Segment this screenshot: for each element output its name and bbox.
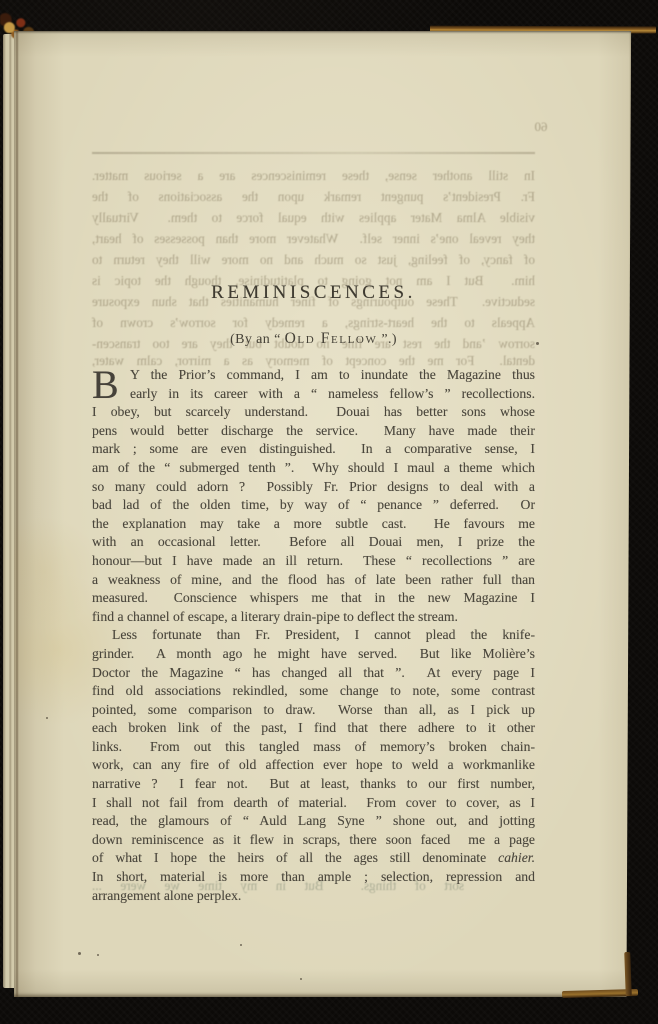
body-line: grinder. A month ago he might have serve…: [92, 645, 535, 664]
byline-prefix: (By an “: [230, 332, 285, 347]
printed-content: REMINISCENCES. (By an “ Old Fellow ”.) B…: [14, 31, 632, 997]
body-line: find old associations rekindled, some ch…: [92, 682, 535, 701]
body-line: Y the Prior’s command, I am to inundate …: [92, 366, 535, 385]
paragraph-2: Less fortunate than Fr. President, I can…: [92, 626, 535, 905]
body-line: so many could adorn ? Possibly Fr. Prior…: [92, 478, 535, 497]
body-line: the explanation may take a more subtle c…: [92, 515, 535, 534]
body-line: links. From out this tangled mass of mem…: [92, 738, 535, 757]
drop-cap: B: [92, 368, 128, 402]
article-byline: (By an “ Old Fellow ”.): [92, 330, 535, 348]
body-line: am of the “ submerged tenth ”. Why shoul…: [92, 459, 535, 478]
body-line: work, can any fire of old affection ever…: [92, 756, 535, 775]
byline-suffix: ”.): [377, 332, 396, 347]
body-line: down reminiscence as it flew in scraps, …: [92, 831, 535, 850]
body-line-text: of what I hope the heirs of all the ages…: [92, 850, 498, 865]
body-line: pointed, some comparison to draw. Worse …: [92, 701, 535, 720]
scanned-book-page: 60 In still another sense, these reminis…: [14, 31, 632, 997]
ink-speck: [300, 978, 302, 980]
body-line: early in its career with a “ nameless fe…: [92, 385, 535, 404]
body-line: In short, material is more than ample ; …: [92, 868, 535, 887]
article-body: B Y the Prior’s command, I am to inundat…: [92, 366, 535, 905]
body-line: mark ; some are even distinguished. In a…: [92, 440, 535, 459]
body-line: read, the glamours of “ Auld Lang Syne ”…: [92, 812, 535, 831]
body-line: each broken link of the past, I find tha…: [92, 719, 535, 738]
body-line: measured. Conscience whispers me that in…: [92, 589, 535, 608]
ink-speck: [97, 954, 99, 956]
body-line: arrangement alone perplex.: [92, 887, 535, 906]
italic-word: cahier.: [498, 850, 535, 865]
ink-speck: [240, 944, 242, 946]
body-line: bad lad of the olden time, by way of “ p…: [92, 496, 535, 515]
body-line: a weakness of mine, and the flood has of…: [92, 571, 535, 590]
byline-author: Old Fellow: [285, 330, 378, 347]
paragraph-1: B Y the Prior’s command, I am to inundat…: [92, 366, 535, 626]
ink-speck: [46, 717, 48, 719]
body-line: narrative ? I fear not. But at least, th…: [92, 775, 535, 794]
ink-speck: [536, 342, 539, 345]
body-line: I shall not fail from dearth of material…: [92, 794, 535, 813]
ink-speck: [78, 952, 81, 955]
body-line: I obey, but scarcely understand. Douai h…: [92, 403, 535, 422]
body-line: find a channel of escape, a literary dra…: [92, 608, 535, 627]
body-line: of what I hope the heirs of all the ages…: [92, 849, 535, 868]
body-line: Less fortunate than Fr. President, I can…: [92, 626, 535, 645]
body-line: with an occasional letter. Before all Do…: [92, 533, 535, 552]
article-title: REMINISCENCES.: [92, 282, 535, 304]
book-page-edges: [3, 34, 15, 988]
body-line: honour—but I have made an ill return. Th…: [92, 552, 535, 571]
body-line: Doctor the Magazine “ has changed all th…: [92, 664, 535, 683]
body-line: pens would better discharge the service.…: [92, 422, 535, 441]
